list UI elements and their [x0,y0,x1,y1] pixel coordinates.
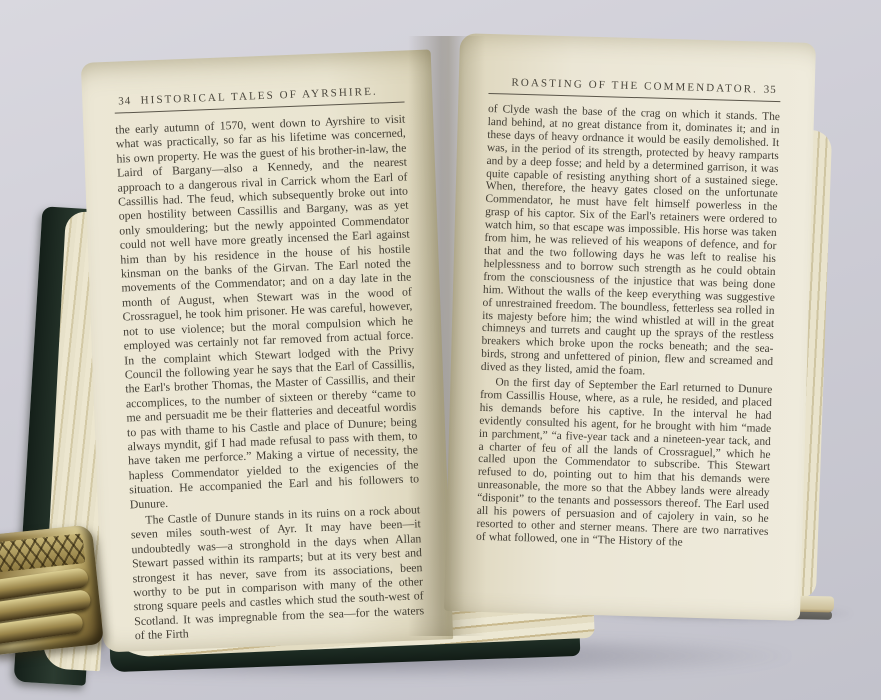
brass-clasp [0,524,104,655]
left-paragraph-castle-of-dunure: The Castle of Dunure stands in its ruins… [130,502,425,643]
right-running-header-title: ROASTING OF THE COMMENDATOR. [511,77,758,96]
right-paragraph-first-of-september: On the first day of September the Earl r… [476,376,773,552]
right-page: ROASTING OF THE COMMENDATOR. 35 of Clyde… [444,33,816,621]
right-page-number: 35 [764,84,777,96]
left-page-content: 34 HISTORICAL TALES OF AYRSHIRE. the ear… [81,49,453,652]
left-page: 34 HISTORICAL TALES OF AYRSHIRE. the ear… [81,49,453,652]
left-paragraph-continuation: the early autumn of 1570, went down to A… [115,112,420,512]
right-running-head: ROASTING OF THE COMMENDATOR. 35 [489,76,781,96]
open-book-photograph: 34 HISTORICAL TALES OF AYRSHIRE. the ear… [0,0,881,700]
right-page-content: ROASTING OF THE COMMENDATOR. 35 of Clyde… [444,33,816,621]
right-paragraph-continuation: of Clyde wash the base of the crag on wh… [481,103,780,382]
left-page-number: 34 [118,95,131,107]
